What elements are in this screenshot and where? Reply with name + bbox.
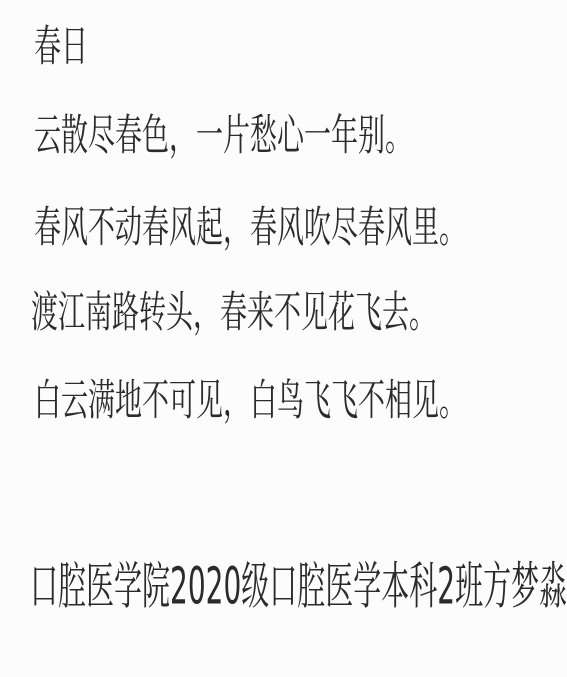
poem-title: 春日	[34, 26, 88, 69]
author-signature: 口腔医学院2020级口腔医学本科2班方梦淼	[30, 562, 567, 612]
handwritten-page: 春日 云散尽春色，一片愁心一年别。 春风不动春风起，春风吹尽春风里。 渡江南路转…	[0, 0, 567, 677]
poem-line-4: 白云满地不可见，白鸟飞飞不相见。	[34, 380, 466, 423]
poem-line-1: 云散尽春色，一片愁心一年别。	[34, 115, 412, 158]
poem-line-3: 渡江南路转头，春来不见花飞去。	[31, 292, 436, 335]
poem-line-2: 春风不动春风起，春风吹尽春风里。	[34, 207, 466, 250]
